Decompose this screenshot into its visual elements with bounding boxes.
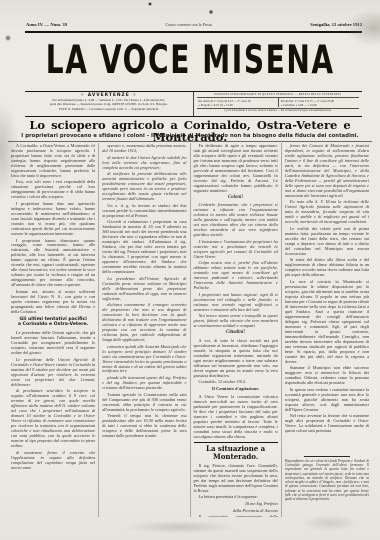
- article-paragraph: Nel resto avvenne la lezione che si mant…: [285, 413, 369, 433]
- section-heading: a Corinaldo e Ostra-Vetere.: [15, 322, 91, 328]
- footnote: Rispondiamo che ai coloni dei fondi Prop…: [285, 459, 369, 517]
- article-paragraph: Intanto noi, attorno ai nostri sofferent…: [11, 289, 95, 314]
- article-paragraph: I proprietari hanno dato uno spettacolo …: [11, 201, 95, 236]
- article-paragraph: Venerdì il tempo non fu clemente ma punt…: [102, 413, 186, 438]
- article-paragraph: A voi, di tutte le classi sociali ma più…: [194, 338, 278, 378]
- article-paragraph: Tornata speciale la Commissione nella sa…: [102, 392, 186, 412]
- article-paragraph: La sera al comizio in Monterado si prese…: [285, 279, 369, 364]
- tariffs-table: Per Articoli: 1ª corsa da 0,15 — 2ª cors…: [197, 98, 360, 107]
- tariffs-footer: (¹) Gli abbonamenti si ricevono anche la…: [197, 108, 360, 113]
- column-2: operaio e, mantenuta dalla prossima marc…: [98, 143, 189, 517]
- article-paragraph: Fu deliberato di agire a tempo opportuno…: [194, 143, 278, 193]
- section-rule: [194, 442, 278, 443]
- sub-headline: I proprietari provocano e sfidano i colo…: [6, 133, 374, 139]
- column-4: fermo dei Comuni di Monterado e frazioni…: [281, 143, 372, 517]
- article-paragraph: dichiara nuovamente il contegno scorrett…: [102, 302, 186, 342]
- article-paragraph: Essi, essi soli sono i veri responsabili…: [11, 179, 95, 199]
- column-3: Fu deliberato di agire a tempo opportuno…: [190, 143, 281, 517]
- issue-number: Anno IV. — Num. 39: [26, 22, 67, 27]
- letter-address: della Provincia di Ancona: [194, 508, 278, 513]
- article-paragraph: comunica quindi alle Autorità Municipali…: [102, 344, 186, 374]
- article-paragraph: di mantenere fermo il concetto che l'app…: [11, 450, 95, 470]
- article-paragraph: fermo dei Comuni di Monterado e frazioni…: [285, 143, 369, 198]
- article-paragraph: operaio e, mantenuta dalla prossima marc…: [102, 143, 186, 153]
- article-paragraph: Corinaldo, 12 ottobre 1912.: [194, 379, 278, 384]
- article-paragraph: Fa noto alla S. V. Ill.ma la richiesta d…: [285, 199, 369, 224]
- article-paragraph: Noi invece siamo sereni e tranquilli in …: [194, 313, 278, 328]
- column-4-main: fermo dei Comuni di Monterado e frazioni…: [285, 143, 369, 454]
- avvertenze-line: gersi alla Direzione — Inserzioni presso…: [28, 102, 190, 106]
- article-paragraph: L'insistenza e l'ostinatezza dei proprie…: [194, 239, 278, 259]
- article-paragraph: Giovedì si radunarono i proprietari in c…: [102, 219, 186, 274]
- article-paragraph: plaude alle intenzioni aperte del sig. P…: [102, 375, 186, 390]
- masthead-title: LA VOCE MISENA: [46, 31, 335, 90]
- letter-address: Ill.mo Sig. Prefetto: [194, 501, 278, 506]
- column-1: A Corinaldo, a Ostra-Vetere, a Monterado…: [8, 143, 98, 517]
- article-paragraph: A Corinaldo, a Ostra-Vetere, a Monterado…: [11, 143, 95, 178]
- article-paragraph: I proprietari non hanno ragione: ogni dì…: [194, 292, 278, 312]
- subheadline-rule: [8, 141, 372, 142]
- article-paragraph: Si tratta del diritto alla libera scelta…: [285, 257, 369, 277]
- salutation-heading: Cittadini!: [194, 330, 278, 336]
- article-paragraph: Credetelo fermamente, che i proprietari …: [194, 202, 278, 237]
- article-paragraph: Stamane il Municipio non ebbe successo m…: [285, 365, 369, 385]
- footnote-rule: [304, 456, 350, 457]
- article-paragraph: Le presidenze delle Unioni Agricole di C…: [11, 357, 95, 387]
- article-paragraph: La presidenza dell'Unione Agricola di Co…: [102, 276, 186, 301]
- article-paragraph: Colpa nostra non è, perchè fino all'ulti…: [194, 260, 278, 290]
- article-paragraph: Il sottoscritto, rappresentante delle or…: [194, 514, 278, 517]
- tariff-row: » Pergole: » 0,15 (?) » 15,00: [199, 103, 276, 107]
- top-meta-row: Anno IV. — Num. 39 Conto corrente con la…: [26, 22, 362, 27]
- article-paragraph: La lettera presentata è la seguente:: [194, 494, 278, 499]
- masthead: LA VOCE MISENA: [0, 34, 380, 88]
- tariffs-col-b: Per Avvisi: 1ª corsa L 0,75 — 2ª corsa 2…: [278, 98, 359, 107]
- article-paragraph: di proclamare senz'altro lo sciopero in …: [11, 388, 95, 448]
- article-paragraph: Le presidenze delle Unioni agricole, che…: [11, 330, 95, 355]
- article-columns: A Corinaldo, a Ostra-Vetere, a Monterado…: [8, 143, 372, 517]
- dateline: Senigallia, 12 ottobre 1912: [310, 22, 362, 27]
- main-headline: Lo sciopero agricolo a Corinaldo, Ostra-…: [8, 119, 372, 143]
- postal-note: Conto corrente con la Posta: [67, 22, 310, 27]
- article-paragraph: In questa sera vedono i contadini mostra…: [285, 387, 369, 412]
- avvertenze-box: ☞ AVVERTENZE ☜ Per abbonamenti (Anno L. …: [25, 92, 194, 116]
- newspaper-page: Anno IV. — Num. 39 Conto corrente con la…: [0, 0, 380, 540]
- article-paragraph: di mettere le due Unioni Agricole solida…: [102, 155, 186, 170]
- article-paragraph: Un o. d. g. fu inviato ai sindaci dei du…: [102, 203, 186, 218]
- article-paragraph: A Ostra Vetere la commissione colonica r…: [194, 394, 278, 439]
- avvertenze-line: ESCE IL SABATO — Un numero separato Cent…: [28, 107, 190, 111]
- article-paragraph: Il sig. Pretore, chiamato l'avv. Giannit…: [194, 463, 278, 493]
- tariffs-box: EDIZIONI STRAORDINARIE DI QUESTO PERIODI…: [194, 92, 363, 116]
- signature-heading: Il Comitato d'agitazione.: [194, 386, 278, 391]
- tariffs-col-a: Per Articoli: 1ª corsa da 0,15 — 2ª cors…: [197, 98, 278, 107]
- article-paragraph: Le ostilità dei coloni però son di prima…: [285, 226, 369, 256]
- notices-row: ☞ AVVERTENZE ☜ Per abbonamenti (Anno L. …: [25, 91, 362, 117]
- tariff-row: » Cartoline: » 5,00 — » 10,00: [281, 103, 357, 107]
- article-paragraph: I proprietari hanno dimostrato quanto co…: [11, 238, 95, 288]
- salutation-heading: Coloni!: [194, 195, 278, 201]
- section-heading-monterado: La situazione a Monterado.: [194, 445, 278, 460]
- article-paragraph: di notificare la presente deliberazione …: [102, 171, 186, 201]
